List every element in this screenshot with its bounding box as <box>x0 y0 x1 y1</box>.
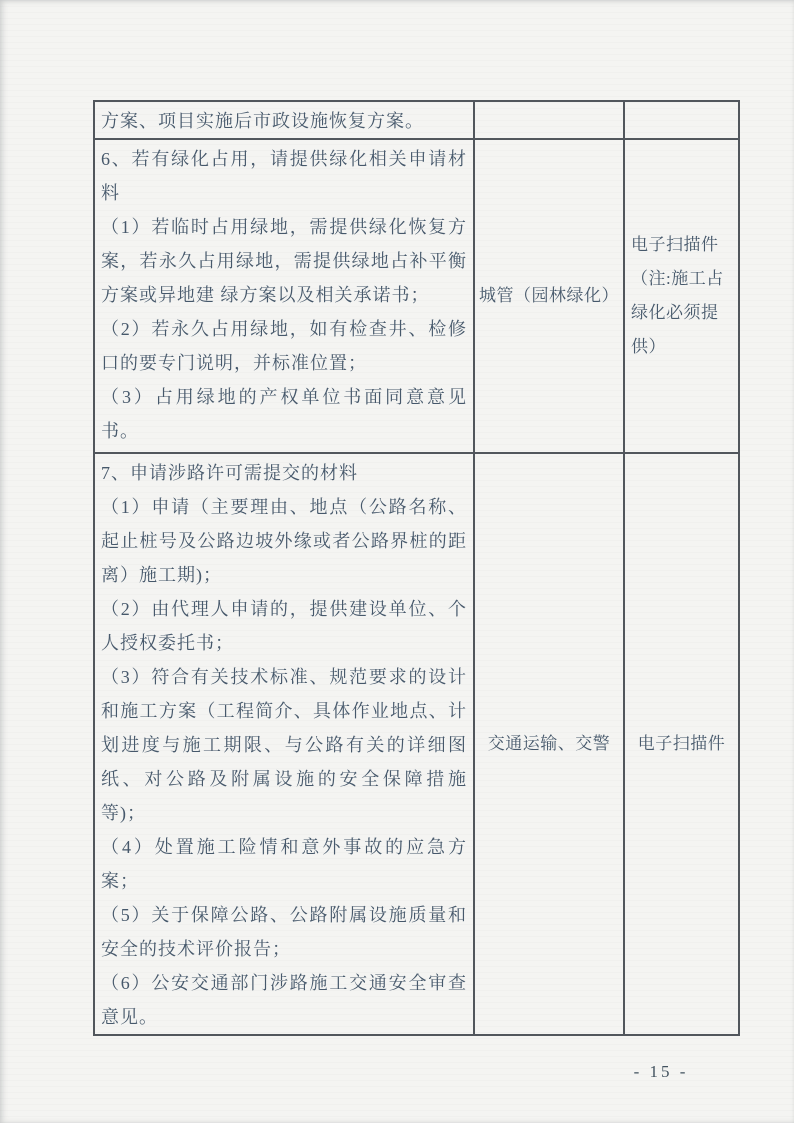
materials-cell: 6、若有绿化占用，请提供绿化相关申请材料（1）若临时占用绿地，需提供绿化恢复方案… <box>94 139 474 453</box>
paragraph: 7、申请涉路许可需提交的材料 <box>101 456 467 490</box>
paragraph: （3）占用绿地的产权单位书面同意意见书。 <box>101 380 467 448</box>
table-row: 6、若有绿化占用，请提供绿化相关申请材料（1）若临时占用绿地，需提供绿化恢复方案… <box>94 139 739 453</box>
paragraph: 电子扫描件 <box>631 727 732 761</box>
materials-cell: 方案、项目实施后市政设施恢复方案。 <box>94 101 474 139</box>
paragraph: 6、若有绿化占用，请提供绿化相关申请材料 <box>101 142 467 210</box>
department-cell: 交通运输、交警 <box>474 453 624 1035</box>
materials-table: 方案、项目实施后市政设施恢复方案。 6、若有绿化占用，请提供绿化相关申请材料（1… <box>93 100 740 1036</box>
paragraph: （3）符合有关技术标准、规范要求的设计和施工方案（工程简介、具体作业地点、计划进… <box>101 660 467 830</box>
format-cell <box>624 101 739 139</box>
page-number: - 15 - <box>606 1062 716 1082</box>
department-cell: 城管（园林绿化） <box>474 139 624 453</box>
table-row: 7、申请涉路许可需提交的材料（1）申请（主要理由、地点（公路名称、起止桩号及公路… <box>94 453 739 1035</box>
paragraph: 电子扫描件 <box>631 228 732 262</box>
paragraph: （1）申请（主要理由、地点（公路名称、起止桩号及公路边坡外缘或者公路界桩的距离）… <box>101 490 467 592</box>
format-cell: 电子扫描件（注:施工占绿化必须提供） <box>624 139 739 453</box>
paragraph: 方案、项目实施后市政设施恢复方案。 <box>101 104 467 138</box>
paragraph: （1）若临时占用绿地，需提供绿化恢复方案，若永久占用绿地，需提供绿地占补平衡方案… <box>101 210 467 312</box>
paragraph: （6）公安交通部门涉路施工交通安全审查意见。 <box>101 966 467 1034</box>
paragraph: （2）由代理人申请的，提供建设单位、个人授权委托书； <box>101 592 467 660</box>
department-cell <box>474 101 624 139</box>
format-cell: 电子扫描件 <box>624 453 739 1035</box>
document-page: 方案、项目实施后市政设施恢复方案。 6、若有绿化占用，请提供绿化相关申请材料（1… <box>0 0 794 1123</box>
table-row: 方案、项目实施后市政设施恢复方案。 <box>94 101 739 139</box>
paragraph: （注:施工占绿化必须提供） <box>631 262 732 364</box>
materials-cell: 7、申请涉路许可需提交的材料（1）申请（主要理由、地点（公路名称、起止桩号及公路… <box>94 453 474 1035</box>
paragraph: （2）若永久占用绿地，如有检查井、检修口的要专门说明，并标准位置； <box>101 312 467 380</box>
paragraph: （5）关于保障公路、公路附属设施质量和安全的技术评价报告； <box>101 898 467 966</box>
paragraph: （4）处置施工险情和意外事故的应急方案； <box>101 830 467 898</box>
